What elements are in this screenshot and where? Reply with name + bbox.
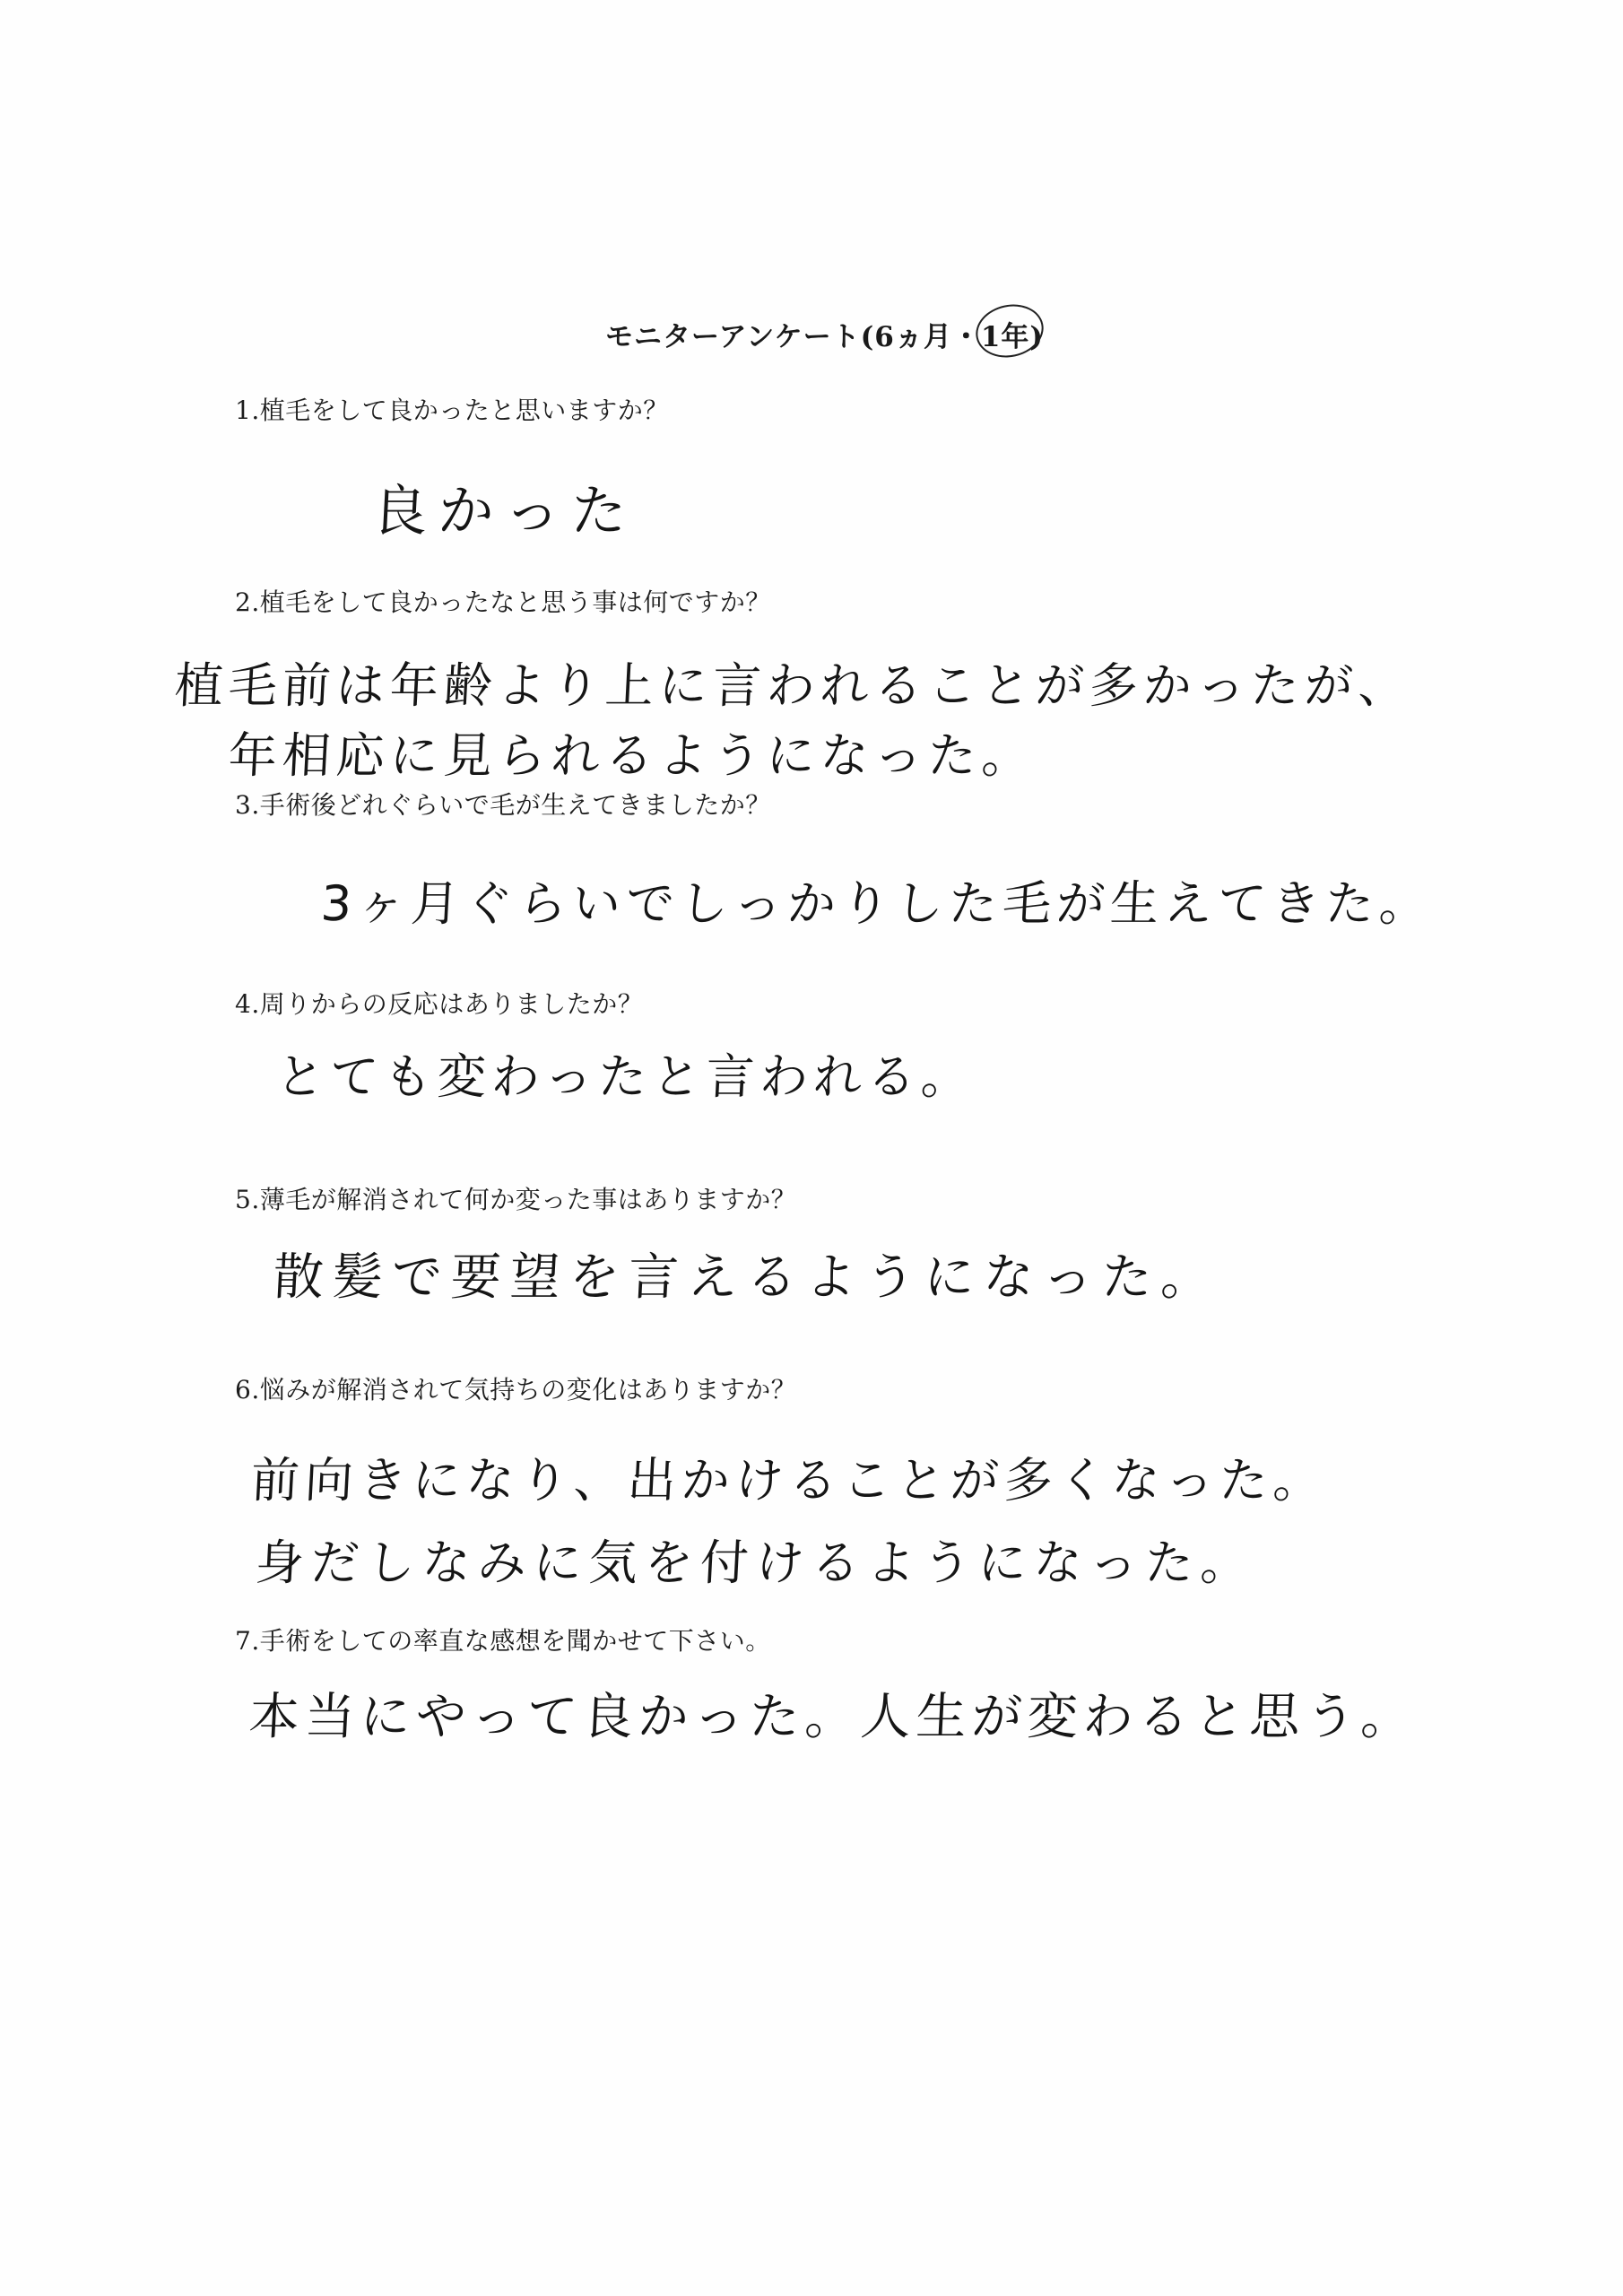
question-3: 3.手術後どれぐらいで毛が生えてきましたか？ <box>235 786 771 822</box>
question-1: 1.植毛をして良かったと思いますか？ <box>235 391 669 427</box>
question-7: 7.手術をしての率直な感想を聞かせて下さい。 <box>235 1622 771 1657</box>
title-prefix: モニターアンケート(6ヵ月・ <box>605 321 981 353</box>
answer-3-line-1: 3ヶ月ぐらいでしっかりした毛が生えてきた。 <box>319 865 1435 935</box>
question-5: 5.薄毛が解消されて何か変った事はありますか？ <box>235 1180 796 1216</box>
survey-sheet: モニターアンケート(6ヵ月・1年) 1.植毛をして良かったと思いますか？ 良かっ… <box>0 0 1623 2296</box>
circled-option-1-year: 1年 <box>981 314 1030 354</box>
question-4: 4.周りからの反応はありましたか？ <box>235 985 643 1021</box>
answer-4-line-1: とても変わったと言われる。 <box>274 1039 977 1108</box>
answer-6-line-2: 身だしなみに気を付けるようになった。 <box>254 1525 1258 1594</box>
question-2: 2.植毛をして良かったなと思う事は何ですか？ <box>235 583 771 619</box>
answer-2-line-1: 植毛前は年齢より上に言われることが多かったが、 <box>173 648 1414 717</box>
answer-5-line-1: 散髪で要望を言えるようになった。 <box>272 1238 1222 1309</box>
survey-title: モニターアンケート(6ヵ月・1年) <box>605 314 1044 354</box>
question-6: 6.悩みが解消されて気持ちの変化はありますか？ <box>235 1370 796 1406</box>
answer-7-line-1: 本当にやって良かった。人生が変わると思う。 <box>247 1677 1419 1749</box>
answer-6-line-1: 前向きになり、出かけることが多くなった。 <box>249 1442 1329 1511</box>
answer-2-line-2: 年相応に見られるようになった。 <box>227 717 1037 787</box>
answer-1-line-1: 良かった <box>370 466 640 546</box>
